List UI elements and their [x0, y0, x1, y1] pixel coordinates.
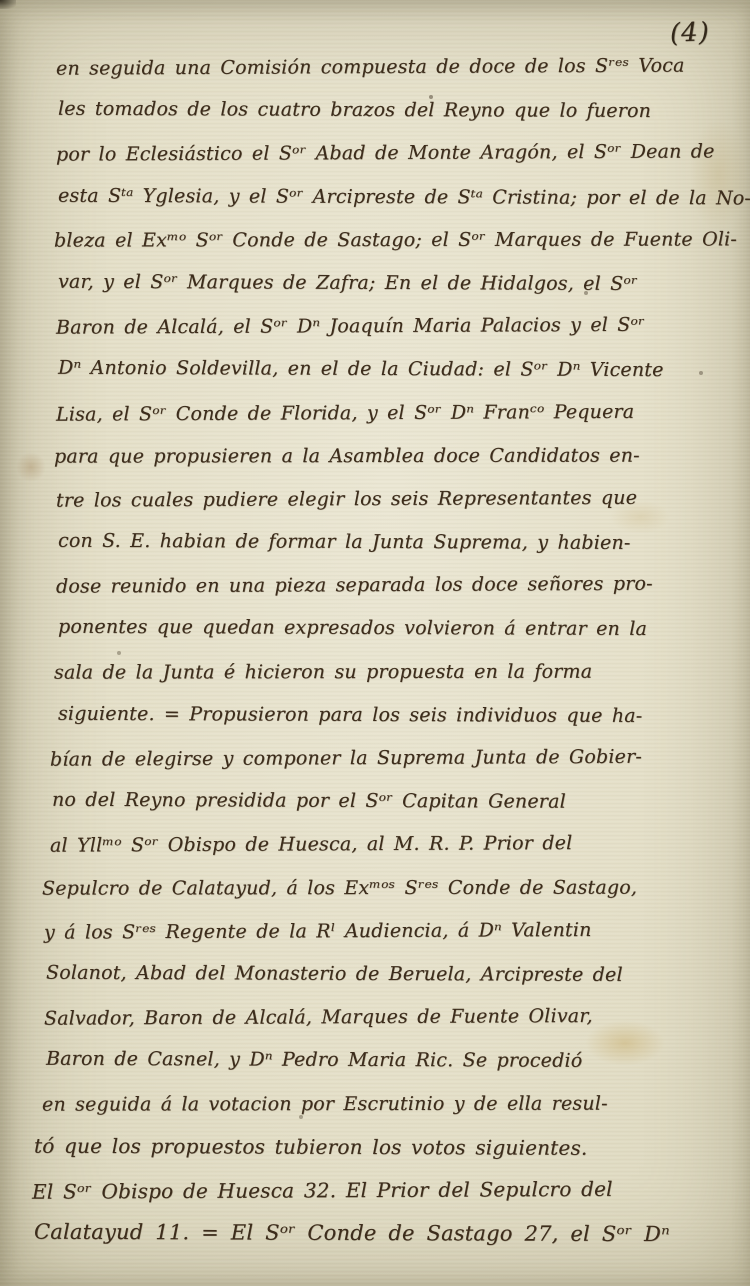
manuscript-line: en seguida una Comisión compuesta de doc…	[56, 44, 720, 90]
manuscript-line: Baron de Casnel, y Dⁿ Pedro Maria Ric. S…	[46, 1038, 722, 1084]
manuscript-line: les tomados de los cuatro brazos del Rey…	[58, 88, 722, 134]
manuscript-line: Sepulcro de Calatayud, á los Exᵐᵒˢ Sʳᵉˢ …	[42, 866, 718, 910]
manuscript-line: por lo Eclesiástico el Sᵒʳ Abad de Monte…	[56, 131, 720, 177]
manuscript-line: tre los cuales pudiere elegir los seis R…	[56, 476, 720, 522]
manuscript-line: siguiente. = Propusieron para los seis i…	[58, 693, 722, 739]
manuscript-line: esta Sᵗᵃ Yglesia, y el Sᵒʳ Arcipreste de…	[58, 174, 722, 220]
manuscript-line: Salvador, Baron de Alcalá, Marques de Fu…	[44, 994, 720, 1040]
manuscript-line: bían de elegirse y componer la Suprema J…	[50, 735, 720, 781]
manuscript-line: Dⁿ Antonio Soldevilla, en el de la Ciuda…	[58, 347, 722, 393]
manuscript-line: dose reunido en una pieza separada los d…	[56, 563, 720, 609]
manuscript-line: Lisa, el Sᵒʳ Conde de Florida, y el Sᵒʳ …	[56, 390, 720, 436]
manuscript-line: El Sᵒʳ Obispo de Huesca 32. El Prior del…	[32, 1167, 720, 1214]
manuscript-line: bleza el Exᵐᵒ Sᵒʳ Conde de Sastago; el S…	[54, 218, 718, 262]
manuscript-page: (4) en seguida una Comisión compuesta de…	[0, 0, 750, 1286]
manuscript-text: en seguida una Comisión compuesta de doc…	[56, 46, 720, 1255]
ink-specks	[0, 0, 2, 2]
page-corner-shadow	[0, 0, 16, 9]
paper-stain	[16, 452, 46, 482]
manuscript-line: con S. E. habian de formar la Junta Supr…	[58, 520, 722, 566]
manuscript-line: Calatayud 11. = El Sᵒʳ Conde de Sastago …	[34, 1211, 722, 1257]
manuscript-line: var, y el Sᵒʳ Marques de Zafra; En el de…	[58, 261, 722, 307]
manuscript-line: tó que los propuestos tubieron los votos…	[34, 1124, 722, 1170]
manuscript-line: sala de la Junta é hicieron su propuesta…	[54, 650, 718, 694]
manuscript-line: para que propusieren a la Asamblea doce …	[54, 434, 718, 478]
manuscript-line: al Yllᵐᵒ Sᵒʳ Obispo de Huesca, al M. R. …	[50, 822, 720, 868]
manuscript-line: Solanot, Abad del Monasterio de Beruela,…	[46, 952, 722, 998]
manuscript-line: ponentes que quedan expresados volvieron…	[58, 606, 722, 652]
manuscript-line: no del Reyno presidida por el Sᵒʳ Capita…	[52, 779, 722, 825]
manuscript-line: Baron de Alcalá, el Sᵒʳ Dⁿ Joaquín Maria…	[56, 304, 720, 350]
manuscript-line: en seguida á la votacion por Escrutinio …	[42, 1082, 718, 1126]
manuscript-line: y á los Sʳᵉˢ Regente de la Rˡ Audiencia,…	[44, 908, 720, 954]
